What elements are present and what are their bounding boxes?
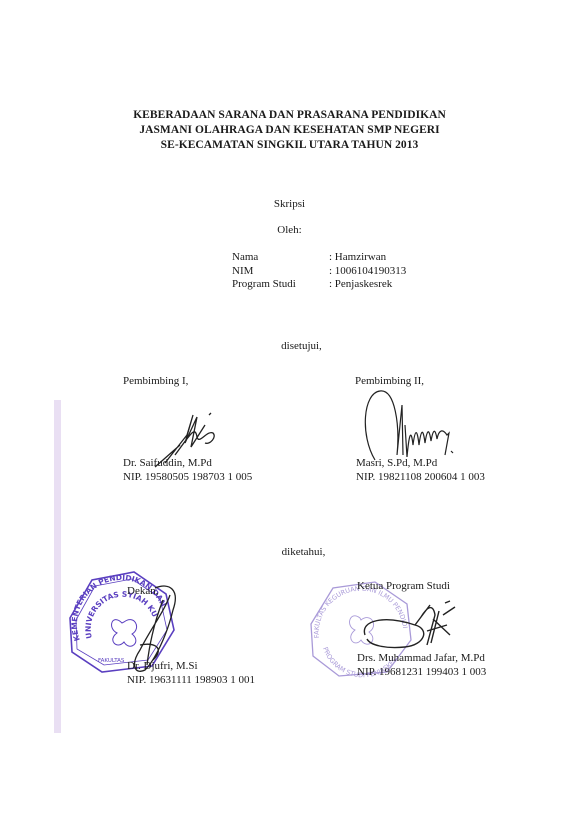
identity-value: : Penjaskesrek (329, 278, 392, 292)
scan-edge-bar (54, 400, 61, 733)
program-head-role: Ketua Program Studi (357, 580, 450, 594)
svg-text:FAKULTAS: FAKULTAS (98, 658, 125, 664)
supervisor-1-role: Pembimbing I, (123, 375, 188, 389)
identity-value: : Hamzirwan (329, 251, 386, 265)
supervisor-1-nip: NIP. 19580505 198703 1 005 (123, 471, 252, 485)
identity-label: NIM (232, 265, 329, 279)
dean-nip: NIP. 19631111 198903 1 001 (127, 674, 255, 688)
by-label: Oleh: (0, 224, 579, 236)
thesis-title: KEBERADAAN SARANA DAN PRASARANA PENDIDIK… (0, 108, 579, 153)
approved-label: disetujui, (12, 340, 579, 352)
document-type: Skripsi (0, 198, 579, 210)
program-head-nip: NIP. 19681231 199403 1 003 (357, 666, 486, 680)
title-line: SE-KECAMATAN SINGKIL UTARA TAHUN 2013 (0, 138, 579, 153)
identity-row-program: Program Studi : Penjaskesrek (232, 278, 406, 292)
identity-label: Nama (232, 251, 329, 265)
author-identity: Nama : Hamzirwan NIM : 1006104190313 Pro… (232, 251, 406, 292)
title-line: KEBERADAAN SARANA DAN PRASARANA PENDIDIK… (0, 108, 579, 123)
identity-row-nim: NIM : 1006104190313 (232, 265, 406, 279)
dean-name: Dr. Djufri, M.Si (127, 660, 198, 674)
supervisor-1-name: Dr. Saifuddin, M.Pd (123, 457, 212, 471)
supervisor-2-name: Masri, S.Pd, M.Pd (356, 457, 437, 471)
identity-label: Program Studi (232, 278, 329, 292)
supervisor-2-nip: NIP. 19821108 200604 1 003 (356, 471, 485, 485)
title-line: JASMANI OLAHRAGA DAN KESEHATAN SMP NEGER… (0, 123, 579, 138)
acknowledged-label: diketahui, (14, 546, 579, 558)
identity-row-name: Nama : Hamzirwan (232, 251, 406, 265)
identity-value: : 1006104190313 (329, 265, 406, 279)
program-head-name: Drs. Muhammad Jafar, M.Pd (357, 652, 485, 666)
dean-role: Dekan, (127, 585, 158, 599)
